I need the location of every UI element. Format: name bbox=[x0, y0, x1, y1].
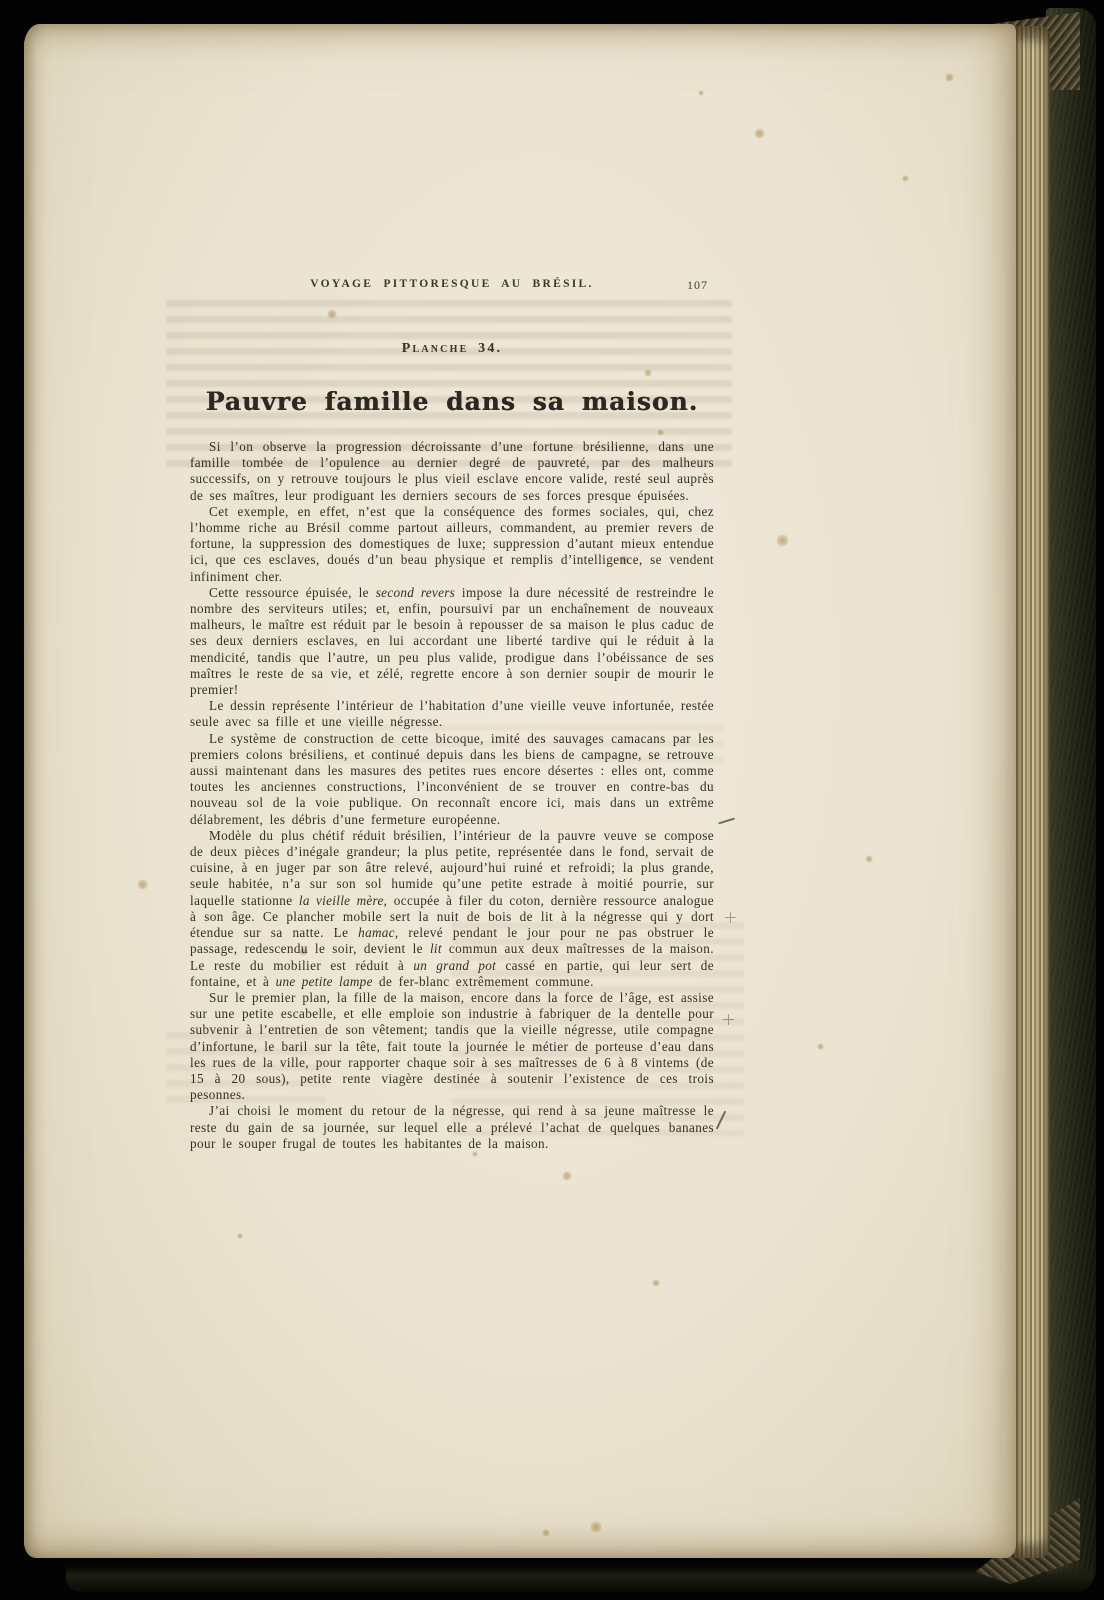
page-edges bbox=[1014, 26, 1050, 1558]
paragraph: Cet exemple, en effet, n’est que la cons… bbox=[190, 504, 714, 585]
foxing-spot bbox=[652, 1279, 660, 1287]
foxing-spot bbox=[542, 1529, 550, 1537]
paragraph: J’ai choisi le moment du retour de la né… bbox=[190, 1103, 714, 1152]
book-cover-bottom bbox=[66, 1564, 1094, 1592]
plate-title: Pauvre famille dans sa maison. bbox=[190, 386, 714, 418]
margin-cross-mark bbox=[725, 912, 736, 923]
book-page: VOYAGE PITTORESQUE AU BRÉSIL. 107 Planch… bbox=[24, 24, 1016, 1558]
foxing-spot bbox=[754, 128, 765, 139]
foxing-spot bbox=[776, 534, 789, 547]
paragraph: Le système de construction de cette bico… bbox=[190, 731, 714, 828]
paragraph: Sur le premier plan, la fille de la mais… bbox=[190, 990, 714, 1103]
margin-pen-mark bbox=[716, 1111, 726, 1130]
paragraphs: Si l’on observe la progression décroissa… bbox=[190, 439, 714, 1152]
running-header-row: VOYAGE PITTORESQUE AU BRÉSIL. 107 bbox=[190, 277, 714, 291]
paragraph: Modèle du plus chétif réduit brésilien, … bbox=[190, 828, 714, 990]
foxing-spot bbox=[590, 1521, 602, 1533]
foxing-spot bbox=[865, 855, 873, 863]
margin-cross-mark bbox=[723, 1014, 734, 1025]
foxing-spot bbox=[698, 90, 704, 96]
text-block: VOYAGE PITTORESQUE AU BRÉSIL. 107 Planch… bbox=[190, 277, 714, 1152]
foxing-spot bbox=[902, 175, 909, 182]
paragraph: Cette ressource épuisée, le second rever… bbox=[190, 585, 714, 698]
margin-pen-mark bbox=[718, 818, 735, 824]
book-photo: VOYAGE PITTORESQUE AU BRÉSIL. 107 Planch… bbox=[0, 0, 1104, 1600]
foxing-spot bbox=[562, 1171, 572, 1181]
page-number: 107 bbox=[687, 278, 708, 292]
foxing-spot bbox=[945, 73, 954, 82]
foxing-spot bbox=[817, 1043, 824, 1050]
paragraph: Le dessin représente l’intérieur de l’ha… bbox=[190, 698, 714, 730]
paragraph: Si l’on observe la progression décroissa… bbox=[190, 439, 714, 504]
book-cover-right bbox=[1046, 8, 1096, 1590]
running-header: VOYAGE PITTORESQUE AU BRÉSIL. bbox=[310, 278, 593, 290]
foxing-spot bbox=[137, 879, 148, 890]
foxing-spot bbox=[237, 1233, 243, 1239]
plate-label: Planche 34. bbox=[190, 341, 714, 357]
